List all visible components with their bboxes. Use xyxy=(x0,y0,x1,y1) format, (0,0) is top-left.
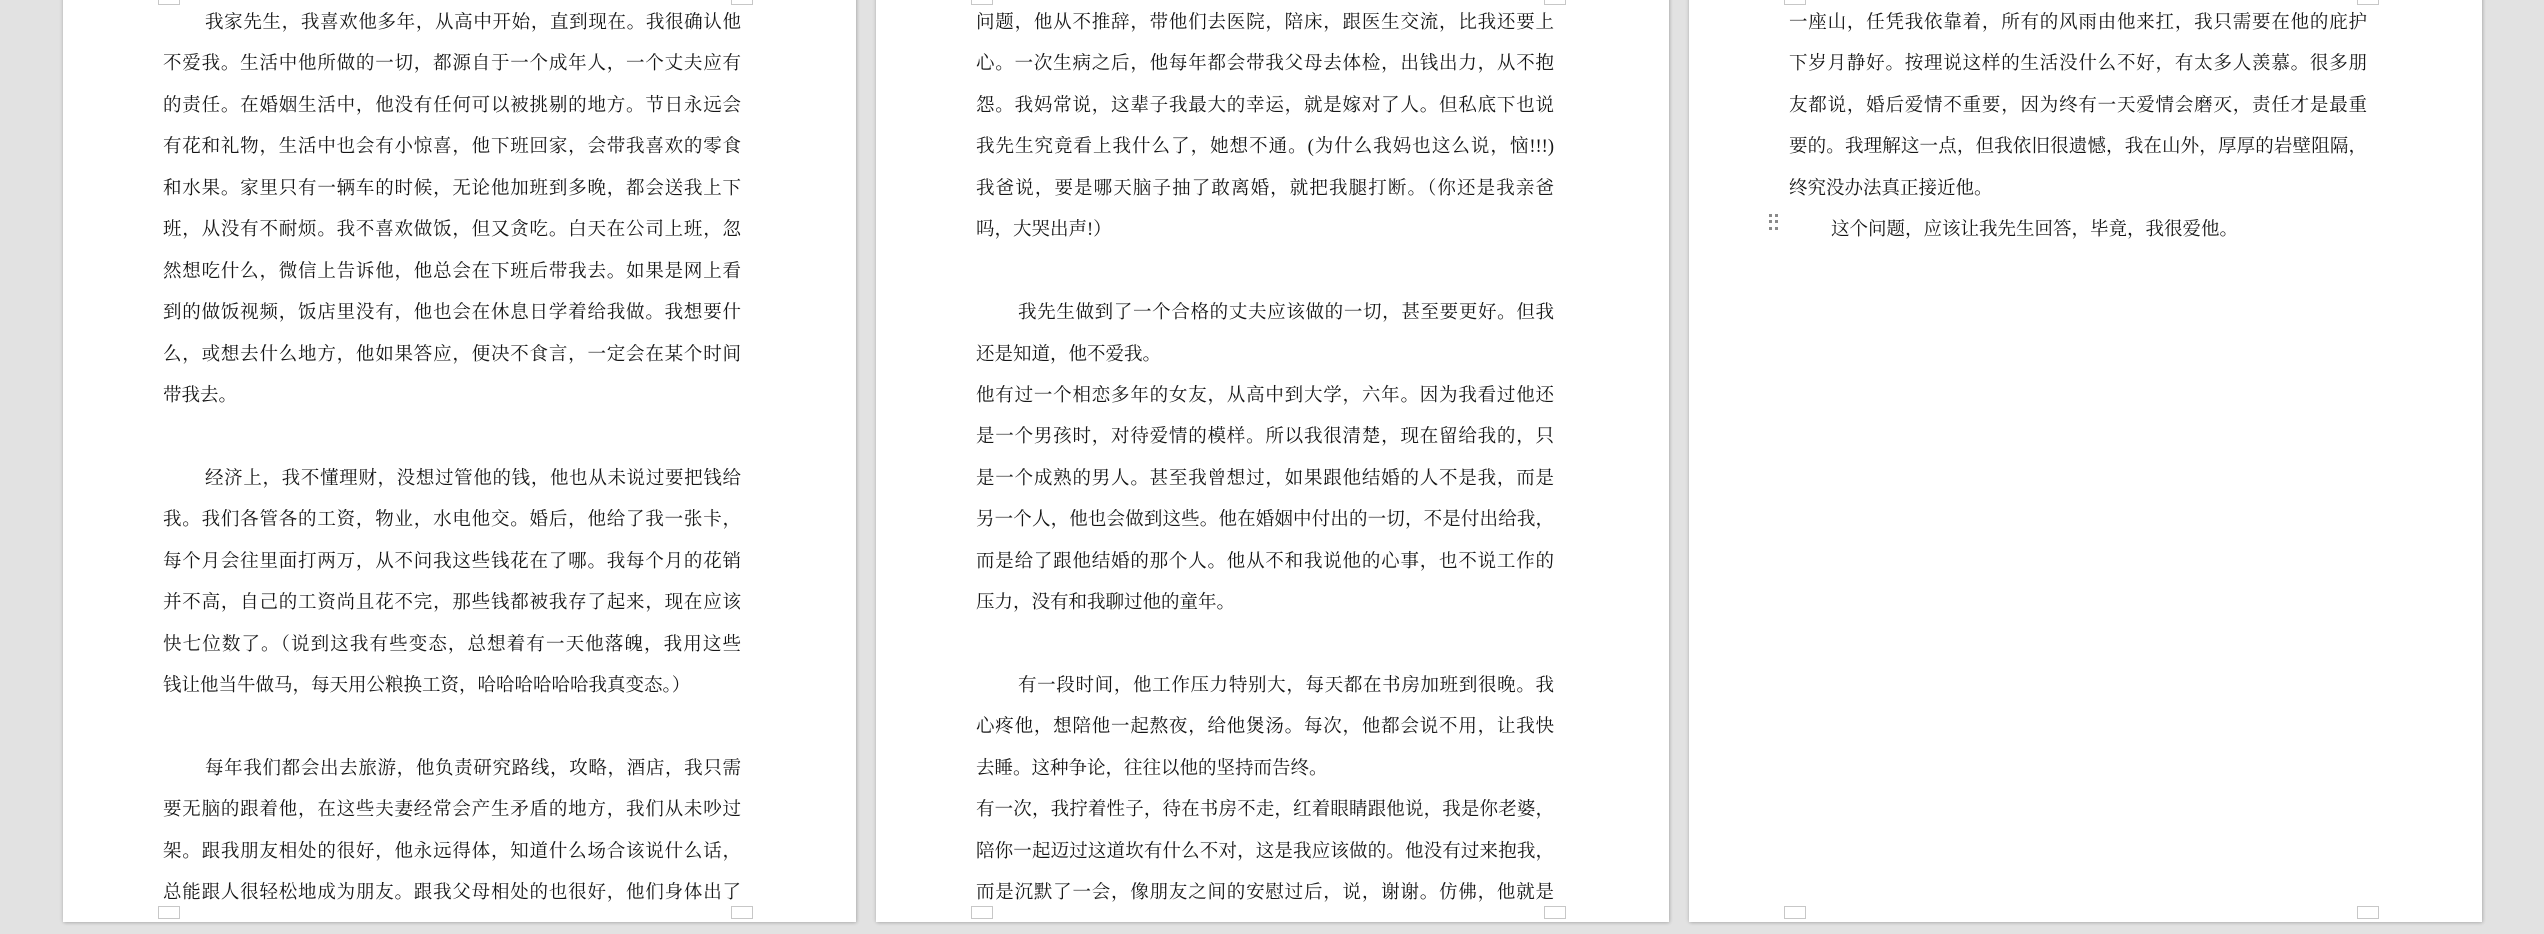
text-line[interactable]: 么，或想去什么地方，他如果答应，便决不食言，一定会在某个时间 xyxy=(163,335,741,376)
text-line[interactable]: 并不高，自己的工资尚且花不完，那些钱都被我存了起来，现在应该 xyxy=(163,583,741,624)
text-line[interactable]: 每个月会往里面打两万，从不问我这些钱花在了哪。我每个月的花销 xyxy=(163,542,741,583)
text-line[interactable]: 和水果。家里只有一辆车的时候，无论他加班到多晚，都会送我上下 xyxy=(163,169,741,210)
text-line[interactable]: 友都说，婚后爱情不重要，因为终有一天爱情会磨灭，责任才是最重 xyxy=(1789,86,2367,127)
text-line[interactable]: 这个问题，应该让我先生回答，毕竟，我很爱他。 xyxy=(1789,210,2367,251)
text-line[interactable]: 还是知道，他不爱我。 xyxy=(976,335,1554,376)
text-line[interactable]: 而是给了跟他结婚的那个人。他从不和我说他的心事，也不说工作的 xyxy=(976,542,1554,583)
text-line[interactable]: 钱让他当牛做马，每天用公粮换工资，哈哈哈哈哈哈我真变态。） xyxy=(163,666,741,707)
text-line[interactable]: 是一个男孩时，对待爱情的模样。所以我很清楚，现在留给我的，只 xyxy=(976,417,1554,458)
document-page-2[interactable]: 问题，他从不推辞，带他们去医院，陪床，跟医生交流，比我还要上心。一次生病之后，他… xyxy=(876,0,1669,922)
text-line[interactable]: 要的。我理解这一点，但我依旧很遗憾，我在山外，厚厚的岩壁阻隔， xyxy=(1789,127,2367,168)
text-line[interactable]: 他有过一个相恋多年的女友，从高中到大学，六年。因为我看过他还 xyxy=(976,376,1554,417)
text-line[interactable]: 我爸说，要是哪天脑子抽了敢离婚，就把我腿打断。（你还是我亲爸 xyxy=(976,169,1554,210)
text-line[interactable]: 要无脑的跟着他，在这些夫妻经常会产生矛盾的地方，我们从未吵过 xyxy=(163,790,741,831)
document-page-1[interactable]: 我家先生，我喜欢他多年，从高中开始，直到现在。我很确认他不爱我。生活中他所做的一… xyxy=(63,0,856,922)
text-line[interactable]: 有一次，我拧着性子，待在书房不走，红着眼睛跟他说，我是你老婆， xyxy=(976,790,1554,831)
text-line[interactable]: 我家先生，我喜欢他多年，从高中开始，直到现在。我很确认他 xyxy=(163,3,741,44)
document-canvas: { "app": { "kind": "word-processor print… xyxy=(0,0,2544,934)
text-line[interactable]: 问题，他从不推辞，带他们去医院，陪床，跟医生交流，比我还要上 xyxy=(976,3,1554,44)
text-line[interactable]: 有花和礼物，生活中也会有小惊喜，他下班回家，会带我喜欢的零食 xyxy=(163,127,741,168)
paragraph-drag-handle-icon[interactable] xyxy=(1767,212,1779,232)
text-line[interactable]: 压力，没有和我聊过他的童年。 xyxy=(976,583,1554,624)
text-line[interactable]: 另一个人，他也会做到这些。他在婚姻中付出的一切，不是付出给我， xyxy=(976,500,1554,541)
text-line[interactable]: 经济上，我不懂理财，没想过管他的钱，他也从未说过要把钱给 xyxy=(163,459,741,500)
blank-line xyxy=(976,625,1554,666)
text-line[interactable]: 我。我们各管各的工资，物业，水电他交。婚后，他给了我一张卡， xyxy=(163,500,741,541)
text-boundary-corner-mark xyxy=(2357,906,2379,919)
blank-line xyxy=(163,417,741,458)
text-line[interactable]: 架。跟我朋友相处的很好，他永远得体，知道什么场合该说什么话， xyxy=(163,832,741,873)
text-line[interactable]: 心。一次生病之后，他每年都会带我父母去体检，出钱出力，从不抱 xyxy=(976,44,1554,85)
text-line[interactable]: 我先生究竟看上我什么了，她想不通。(为什么我妈也这么说，恼!!!) xyxy=(976,127,1554,168)
text-line[interactable]: 每年我们都会出去旅游，他负责研究路线，攻略，酒店，我只需 xyxy=(163,749,741,790)
text-line[interactable]: 不爱我。生活中他所做的一切，都源自于一个成年人，一个丈夫应有 xyxy=(163,44,741,85)
text-line[interactable]: 到的做饭视频，饭店里没有，他也会在休息日学着给我做。我想要什 xyxy=(163,293,741,334)
text-line[interactable]: 怨。我妈常说，这辈子我最大的幸运，就是嫁对了人。但私底下也说 xyxy=(976,86,1554,127)
text-line[interactable]: 有一段时间，他工作压力特别大，每天都在书房加班到很晚。我 xyxy=(976,666,1554,707)
text-line[interactable]: 总能跟人很轻松地成为朋友。跟我父母相处的也很好，他们身体出了 xyxy=(163,873,741,914)
text-line[interactable]: 一座山，任凭我依靠着，所有的风雨由他来扛，我只需要在他的庇护 xyxy=(1789,3,2367,44)
blank-line xyxy=(163,707,741,748)
text-line[interactable]: 的责任。在婚姻生活中，他没有任何可以被挑剔的地方。节日永远会 xyxy=(163,86,741,127)
text-line[interactable]: 心疼他，想陪他一起熬夜，给他煲汤。每次，他都会说不用，让我快 xyxy=(976,707,1554,748)
text-line[interactable]: 我先生做到了一个合格的丈夫应该做的一切，甚至要更好。但我 xyxy=(976,293,1554,334)
text-line[interactable]: 然想吃什么，微信上告诉他，他总会在下班后带我去。如果是网上看 xyxy=(163,252,741,293)
blank-line xyxy=(976,252,1554,293)
text-line[interactable]: 终究没办法真正接近他。 xyxy=(1789,169,2367,210)
text-line[interactable]: 班，从没有不耐烦。我不喜欢做饭，但又贪吃。白天在公司上班，忽 xyxy=(163,210,741,251)
text-line[interactable]: 去睡。这种争论，往往以他的坚持而告终。 xyxy=(976,749,1554,790)
document-page-3[interactable]: 一座山，任凭我依靠着，所有的风雨由他来扛，我只需要在他的庇护下岁月静好。按理说这… xyxy=(1689,0,2482,922)
page-3-text-area[interactable]: 一座山，任凭我依靠着，所有的风雨由他来扛，我只需要在他的庇护下岁月静好。按理说这… xyxy=(1789,3,2367,252)
text-line[interactable]: 是一个成熟的男人。甚至我曾想过，如果跟他结婚的人不是我，而是 xyxy=(976,459,1554,500)
text-line[interactable]: 下岁月静好。按理说这样的生活没什么不好，有太多人羡慕。很多朋 xyxy=(1789,44,2367,85)
text-line[interactable]: 陪你一起迈过这道坎有什么不对，这是我应该做的。他没有过来抱我， xyxy=(976,832,1554,873)
text-line[interactable]: 快七位数了。（说到这我有些变态，总想着有一天他落魄，我用这些 xyxy=(163,625,741,666)
text-line[interactable]: 带我去。 xyxy=(163,376,741,417)
page-2-text-area[interactable]: 问题，他从不推辞，带他们去医院，陪床，跟医生交流，比我还要上心。一次生病之后，他… xyxy=(976,3,1554,915)
text-line[interactable]: 吗，大哭出声!） xyxy=(976,210,1554,251)
text-line[interactable]: 而是沉默了一会，像朋友之间的安慰过后，说，谢谢。仿佛，他就是 xyxy=(976,873,1554,914)
page-1-text-area[interactable]: 我家先生，我喜欢他多年，从高中开始，直到现在。我很确认他不爱我。生活中他所做的一… xyxy=(163,3,741,915)
text-boundary-corner-mark xyxy=(1784,906,1806,919)
